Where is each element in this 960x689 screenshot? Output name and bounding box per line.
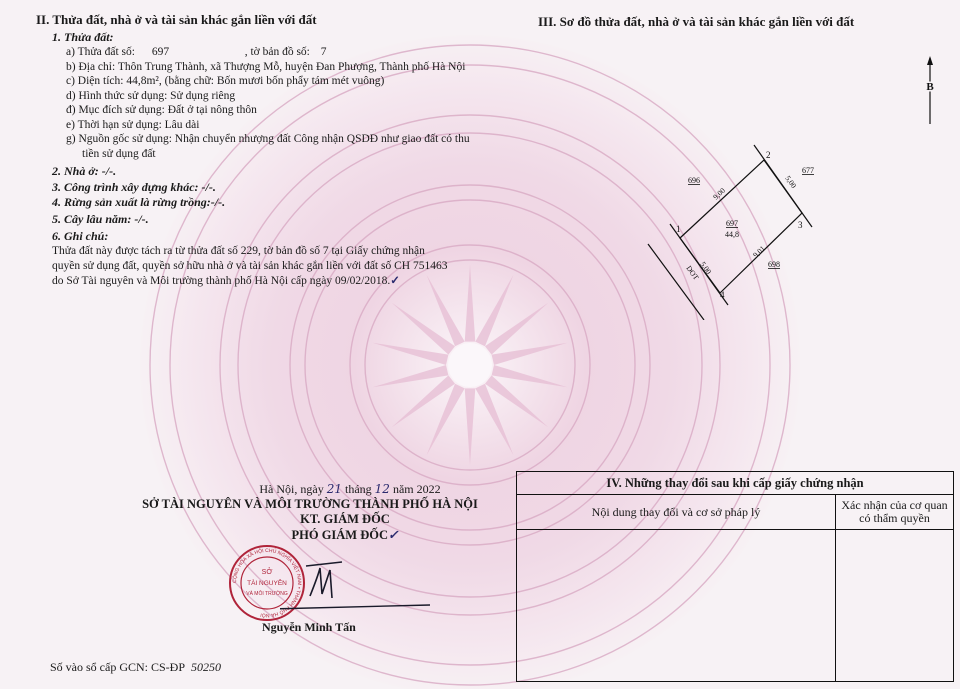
issue-month: 12 — [375, 482, 390, 496]
land-use-form: d) Hình thức sử dụng: Sử dụng riêng — [36, 89, 476, 104]
svg-text:696: 696 — [688, 176, 700, 185]
perennial-item: 5. Cây lâu năm: -/-. — [36, 212, 476, 227]
section-ii-title: II. Thửa đất, nhà ở và tài sản khác gắn … — [36, 12, 476, 28]
svg-text:B: B — [926, 81, 934, 93]
handwritten-signature — [280, 558, 440, 618]
land-address: b) Địa chỉ: Thôn Trung Thành, xã Thượng … — [36, 60, 476, 75]
registry-number: Số vào sổ cấp GCN: CS-ĐP50250 — [50, 660, 221, 675]
checkmark-icon: ✓ — [390, 275, 400, 287]
role-line-2: PHÓ GIÁM ĐỐC✓ — [140, 527, 480, 543]
registry-handwritten: 50250 — [191, 660, 221, 674]
north-arrow-icon: B — [922, 56, 938, 126]
note-line: Thửa đất này được tách ra từ thửa đất số… — [36, 244, 476, 259]
parcel-diagram: 1 2 3 4 9,00 5,00 9,01 5,00 697 44,8 696… — [640, 140, 840, 320]
land-area: c) Diện tích: 44,8m², (bằng chữ: Bốn mươ… — [36, 74, 476, 89]
svg-text:2: 2 — [766, 150, 771, 160]
issue-day: 21 — [327, 482, 342, 496]
signer-name: Nguyễn Minh Tấn — [262, 620, 356, 635]
land-use-term: e) Thời hạn sử dụng: Lâu dài — [36, 118, 476, 133]
parcel-number-value: 697 — [138, 45, 242, 60]
changes-table: IV. Những thay đổi sau khi cấp giấy chứn… — [516, 471, 954, 682]
land-info-section: II. Thửa đất, nhà ở và tài sản khác gắn … — [36, 12, 476, 289]
svg-text:698: 698 — [768, 260, 780, 269]
note-title: 6. Ghi chú: — [36, 229, 476, 244]
land-use-origin-cont: tiền sử dụng đất — [36, 147, 476, 162]
changes-col-content: Nội dung thay đổi và cơ sở pháp lý — [517, 495, 836, 530]
svg-text:677: 677 — [802, 166, 814, 175]
svg-text:44,8: 44,8 — [725, 230, 739, 239]
svg-text:697: 697 — [726, 219, 738, 228]
land-use-purpose: đ) Mục đích sử dụng: Đất ở tại nông thôn — [36, 103, 476, 118]
section-iii-title: III. Sơ đồ thửa đất, nhà ở và tài sản kh… — [538, 14, 854, 30]
map-sheet-value: 7 — [313, 46, 327, 58]
svg-text:9,00: 9,00 — [711, 186, 727, 202]
svg-text:5,00: 5,00 — [698, 260, 713, 276]
note-line: do Sở Tài nguyên và Môi trường thành phố… — [36, 274, 476, 289]
svg-text:4: 4 — [720, 290, 725, 300]
initial-mark-icon: ✓ — [388, 527, 398, 542]
issue-date: Hà Nội, ngày 21 tháng 12 năm 2022 — [140, 482, 480, 497]
changes-confirm-cell — [836, 530, 954, 682]
svg-text:SỞ: SỞ — [262, 567, 273, 576]
forest-item: 4. Rừng sản xuất là rừng trồng:-/-. — [36, 195, 476, 210]
svg-text:5,00: 5,00 — [783, 174, 798, 190]
svg-text:9,01: 9,01 — [751, 244, 767, 260]
note-line: quyền sử dụng đất, quyền sở hữu nhà ở và… — [36, 259, 476, 274]
land-parcel-number: a) Thửa đất số: 697 , tờ bản đồ số: 7 — [36, 45, 476, 60]
changes-table-title: IV. Những thay đổi sau khi cấp giấy chứn… — [517, 472, 954, 495]
svg-text:1: 1 — [676, 224, 681, 234]
role-line-1: KT. GIÁM ĐỐC — [140, 512, 480, 527]
land-use-origin: g) Nguồn gốc sử dụng: Nhận chuyển nhượng… — [36, 132, 476, 147]
other-construction-item: 3. Công trình xây dựng khác: -/-. — [36, 180, 476, 195]
house-item: 2. Nhà ở: -/-. — [36, 164, 476, 179]
changes-col-confirmation: Xác nhận của cơ quan có thẩm quyền — [836, 495, 954, 530]
svg-text:3: 3 — [798, 220, 803, 230]
changes-content-cell — [517, 530, 836, 682]
issuing-org: SỞ TÀI NGUYÊN VÀ MÔI TRƯỜNG THÀNH PHỐ HÀ… — [140, 497, 480, 512]
svg-text:DOT: DOT — [684, 264, 701, 282]
land-title: 1. Thửa đất: — [36, 30, 476, 45]
signature-block: Hà Nội, ngày 21 tháng 12 năm 2022 SỞ TÀI… — [140, 482, 480, 543]
